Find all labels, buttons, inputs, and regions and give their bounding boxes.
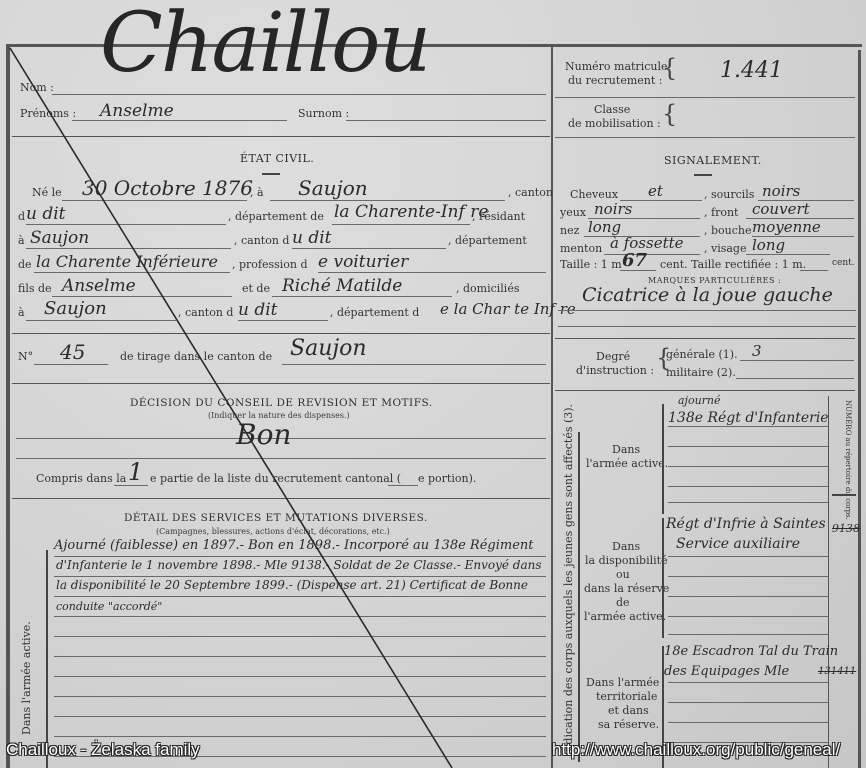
- diagonal-cross-out-line: [0, 0, 866, 768]
- document-page: Chaillou Nom : Prénoms : Anselme Surnom …: [0, 0, 866, 768]
- watermark-url[interactable]: http://www.chailloux.org/public/geneal/: [552, 740, 840, 760]
- watermark-family: Chailloux - Żelaska family: [6, 740, 200, 760]
